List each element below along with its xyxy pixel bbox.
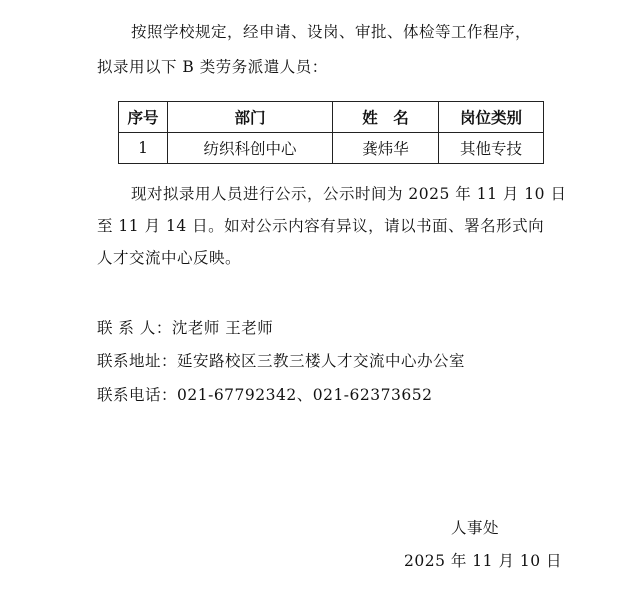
intro-line-1: 按照学校规定，经申请、设岗、审批、体检等工作程序， [131, 20, 531, 42]
table-header-row: 序号 部门 姓 名 岗位类别 [119, 102, 544, 133]
cell-name: 龚炜华 [333, 133, 439, 164]
contact-address: 联系地址：延安路校区三教三楼人才交流中心办公室 [97, 349, 465, 371]
header-name: 姓 名 [333, 102, 439, 133]
cell-dept: 纺织科创中心 [168, 133, 333, 164]
table-row: 1 纺织科创中心 龚炜华 其他专技 [119, 133, 544, 164]
recruit-table: 序号 部门 姓 名 岗位类别 1 纺织科创中心 龚炜华 其他专技 [118, 101, 544, 164]
signature-dept: 人事处 [451, 516, 499, 538]
notice-line-3: 人才交流中心反映。 [97, 246, 241, 268]
contact-person: 联 系 人：沈老师 王老师 [97, 316, 273, 338]
cell-post: 其他专技 [439, 133, 544, 164]
signature-date: 2025 年 11 月 10 日 [404, 549, 562, 571]
notice-line-1: 现对拟录用人员进行公示，公示时间为 2025 年 11 月 10 日 [131, 182, 566, 204]
cell-index: 1 [119, 133, 168, 164]
header-dept: 部门 [168, 102, 333, 133]
intro-line-2: 拟录用以下 B 类劳务派遣人员： [97, 55, 328, 77]
header-post: 岗位类别 [439, 102, 544, 133]
notice-line-2: 至 11 月 14 日。如对公示内容有异议，请以书面、署名形式向 [97, 214, 544, 236]
header-index: 序号 [119, 102, 168, 133]
contact-phone: 联系电话：021-67792342、021-62373652 [97, 383, 432, 405]
